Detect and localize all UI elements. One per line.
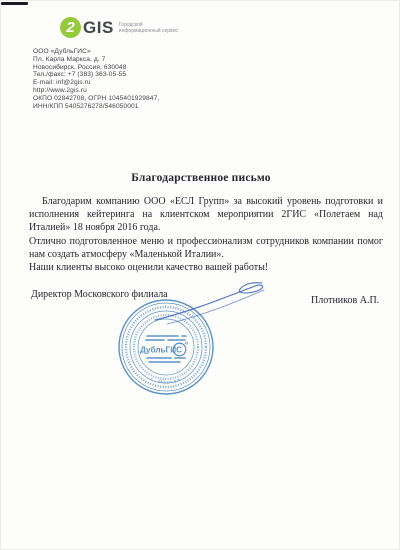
- company-phone: Тел./факс: +7 (383) 363-05-55: [33, 71, 159, 79]
- company-details: ООО «ДубльГИС» Пл. Карла Маркса, д. 7 Но…: [33, 48, 159, 110]
- company-inn-kpp: ИНН/КПП 5405276278/546050001: [33, 103, 159, 111]
- company-okpo-ogrn: ОКПО 02842708, ОГРН 1045401929847,: [33, 95, 159, 103]
- letter-body: Благодарим компанию ООО «ЕСЛ Групп» за в…: [29, 195, 383, 274]
- scanned-letter-page: 2 GIS Городской информационный сервис ОО…: [0, 0, 400, 550]
- stamp-city-text: г. Москва: [150, 376, 182, 384]
- paragraph-2: Отлично подготовленное меню и профессион…: [29, 235, 383, 261]
- company-website: http://www.2gis.ru: [33, 87, 159, 95]
- signatory-name: Плотников А.П.: [311, 295, 379, 306]
- svg-text:г. Москва: г. Москва: [150, 376, 182, 384]
- company-street: Пл. Карла Маркса, д. 7: [33, 56, 159, 64]
- letter-title: Благодарственное письмо: [1, 172, 400, 184]
- paragraph-1: Благодарим компанию ООО «ЕСЛ Групп» за в…: [29, 195, 383, 235]
- handwritten-signature: [151, 273, 281, 328]
- logo-gis-text: GIS: [83, 19, 114, 36]
- company-name: ООО «ДубльГИС»: [33, 48, 159, 56]
- scan-artifact-mark: [1, 2, 28, 5]
- logo-tagline: Городской информационный сервис: [119, 22, 178, 34]
- logo-tagline-line2: информационный сервис: [119, 28, 178, 34]
- company-city: Новосибирск, Россия, 630048: [33, 64, 159, 72]
- stamp-center-logo-text: ДубльГИС: [140, 345, 182, 355]
- logo-2-icon: 2: [60, 17, 81, 38]
- company-email: E-mail: inf@2gis.ru: [33, 79, 159, 87]
- company-logo: 2 GIS Городской информационный сервис: [60, 17, 178, 38]
